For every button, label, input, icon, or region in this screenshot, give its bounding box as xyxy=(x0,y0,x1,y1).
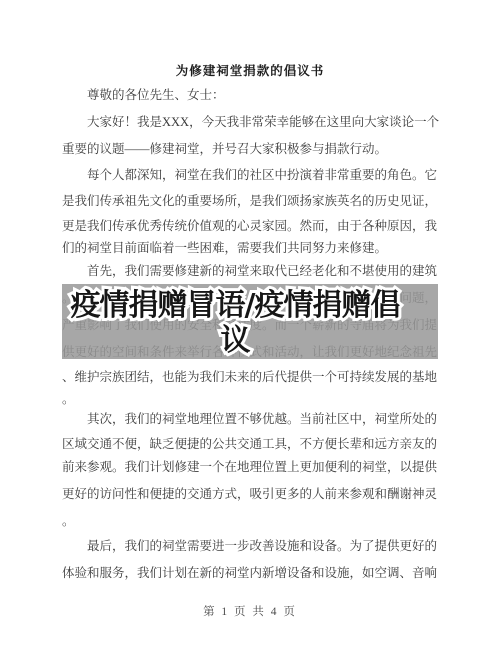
watermark-line-2: 议 xyxy=(47,323,423,358)
document-line: 其次，我们的祠堂地理位置不够优越。当前社区中，祠堂所处的 xyxy=(62,412,438,426)
document-line: 重要的议题——修建祠堂，并号召大家积极参与捐款行动。 xyxy=(62,142,438,156)
document-line: 尊敬的各位先生、女士： xyxy=(62,88,438,102)
document-line: 、维护宗族团结，也能为我们未来的后代提供一个可持续发展的基地 xyxy=(62,370,438,384)
document-page: 为修建祠堂捐款的倡议书 尊敬的各位先生、女士：大家好！我是XXX，今天我非常荣幸… xyxy=(0,0,500,647)
watermark: 疫情捐赠冒语/疫情捐赠倡 议 xyxy=(47,288,423,358)
watermark-line-1: 疫情捐赠冒语/疫情捐赠倡 xyxy=(47,288,423,323)
document-line: 首先，我们需要修建新的祠堂来取代已经老化和不堪使用的建筑 xyxy=(62,264,438,278)
document-line: 更好的访问性和便捷的交通方式，吸引更多的人前来参观和酬谢神灵 xyxy=(62,487,438,501)
document-line: 们的祠堂目前面临着一些困难，需要我们共同努力来修建。 xyxy=(62,241,438,255)
page-footer: 第 1 页 共 4 页 xyxy=(0,603,500,619)
document-line: 。 xyxy=(62,392,438,406)
document-line: 体验和服务，我们计划在新的祠堂内新增设备和设施，如空调、音响 xyxy=(62,566,438,580)
document-line: 前来参观。我们计划修建一个在地理位置上更加便利的祠堂，以提供 xyxy=(62,460,438,474)
document-line: 更是我们传承优秀传统价值观的心灵家园。然而，由于各种原因，我 xyxy=(62,219,438,233)
document-line: 区域交通不便，缺乏便捷的公共交通工具，不方便长辈和远方亲友的 xyxy=(62,437,438,451)
document-line: 每个人都深知，祠堂在我们的社区中扮演着非常重要的角色。它 xyxy=(62,168,438,182)
page-title: 为修建祠堂捐款的倡议书 xyxy=(0,61,500,79)
document-line: 。 xyxy=(62,514,438,528)
document-line: 最后，我们的祠堂需要进一步改善设施和设备。为了提供更好的 xyxy=(62,539,438,553)
document-line: 大家好！我是XXX，今天我非常荣幸能够在这里向大家谈论一个 xyxy=(62,115,438,129)
document-line: 是我们传承祖先文化的重要场所，是我们颂扬家族英名的历史见证， xyxy=(62,194,438,208)
